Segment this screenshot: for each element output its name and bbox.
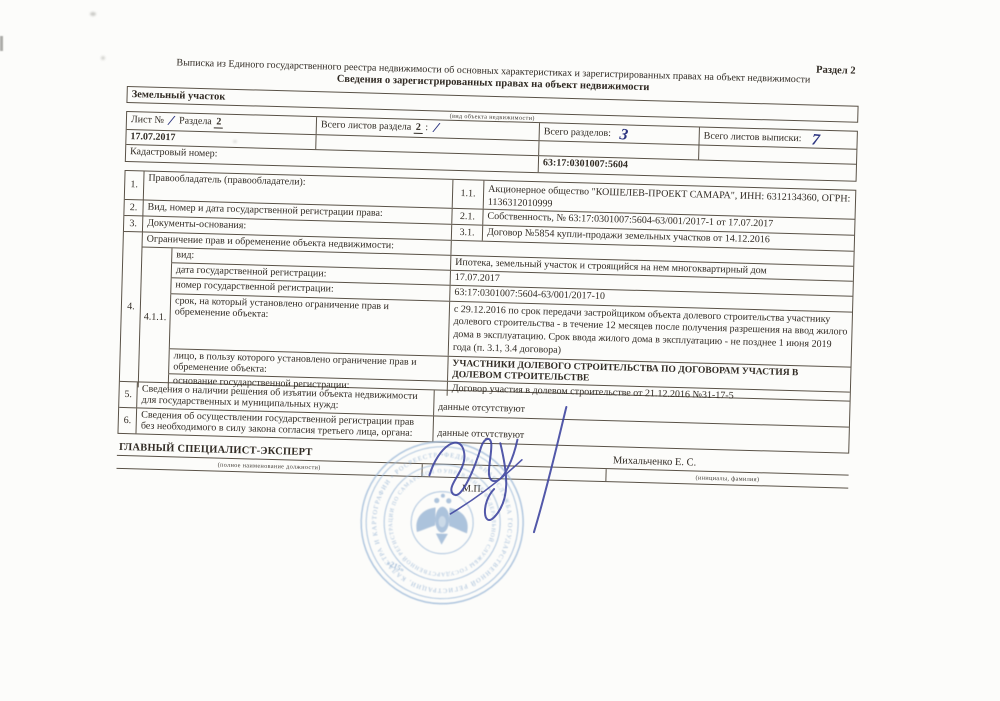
total-sheets-label: Всего листов раздела: [321, 119, 412, 132]
total-sheets-number: 2: [414, 122, 423, 134]
handwritten-signature: [400, 397, 584, 552]
scan-speck: [101, 56, 105, 60]
row-subnumber: 2.1.: [451, 209, 482, 225]
document-body: Раздел 2 Выписка из Единого государствен…: [128, 44, 860, 64]
total-sections-label: Всего разделов:: [544, 126, 612, 139]
row-number: 5.: [119, 382, 137, 407]
row-number: 2.: [124, 200, 142, 215]
handwritten-total-sections: 3: [619, 129, 629, 142]
handwritten-total-sheets: /: [432, 123, 438, 135]
row-number: 1.: [125, 171, 144, 199]
scan-speck: [90, 12, 96, 16]
section-of-label: Раздела: [179, 115, 212, 127]
restriction-subnumber: 4.1.1.: [138, 247, 172, 388]
scan-edge-artifact: [0, 36, 3, 51]
row-number: 6.: [118, 408, 136, 433]
official-position: ГЛАВНЫЙ СПЕЦИАЛИСТ-ЭКСПЕРТ: [119, 442, 313, 458]
section-of-number: 2: [214, 116, 223, 128]
official-name: Михальченко Е. С.: [613, 455, 697, 468]
total-extract-sheets-label: Всего листов выписки:: [704, 131, 802, 145]
total-sheets-colon: :: [425, 122, 428, 133]
row-subnumber: 1.1.: [452, 180, 484, 209]
table-row-4-restrictions: 4. Ограничение прав и обременение объект…: [120, 231, 854, 401]
handwritten-total-extract-sheets: 7: [811, 134, 820, 146]
handwritten-sheet-number: /: [168, 116, 174, 128]
row-number: 3.: [124, 216, 142, 231]
scanned-document-page: Раздел 2 Выписка из Единого государствен…: [0, 0, 1000, 701]
subrow-label: срок, на который установлено ограничение…: [169, 294, 449, 356]
sheet-label: Лист №: [131, 114, 164, 126]
row-subnumber: 3.1.: [451, 225, 482, 241]
